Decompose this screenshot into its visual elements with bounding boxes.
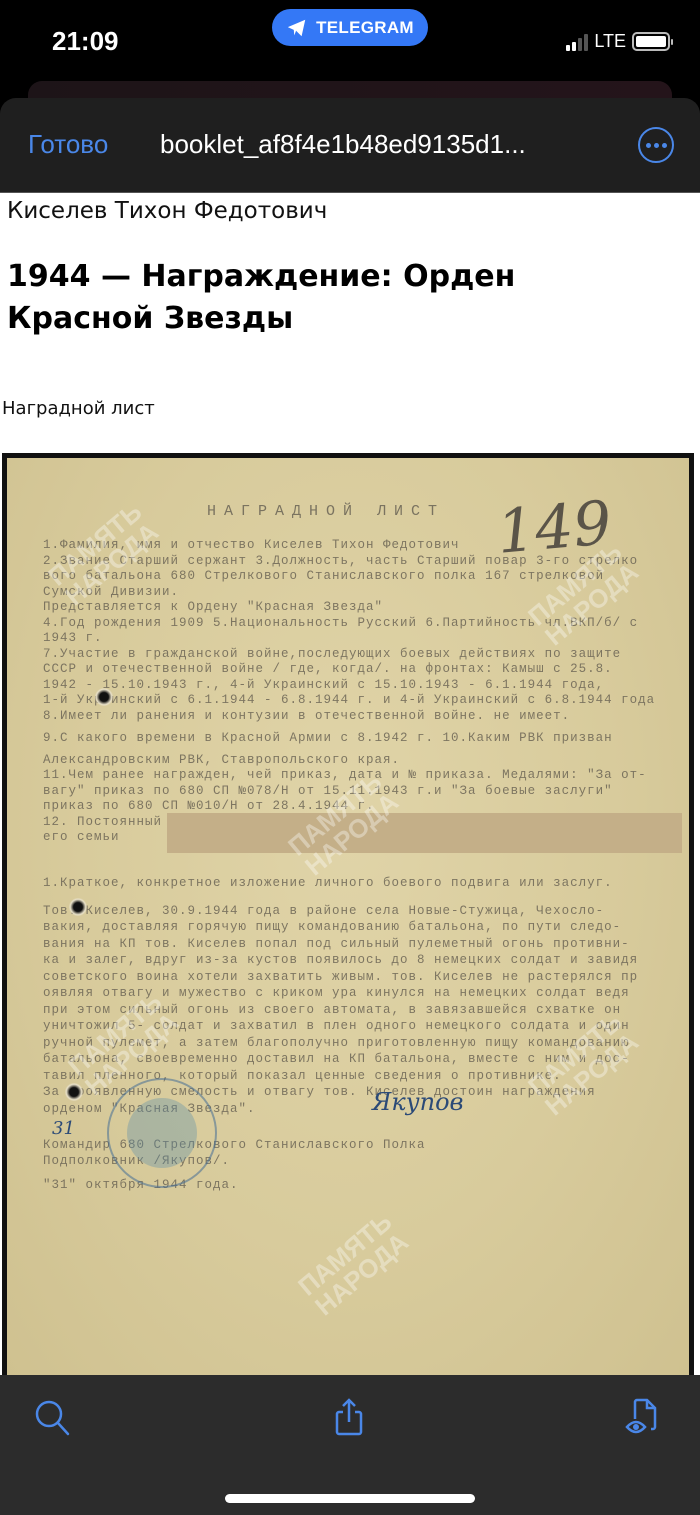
narrative-line: оявляя отвагу и мужество с криком ура ки… [43,986,630,1000]
return-app-label: TELEGRAM [316,18,414,38]
person-name: Киселев Тихон Федотович [7,198,327,224]
narrative-line: ка и залег, вдруг из-за кустов появилось… [43,953,638,967]
sheet-line: 8.Имеет ли ранения и контузии в отечеств… [43,709,570,723]
narrative-line: вакия, доставляя горячую пищу командован… [43,920,621,934]
status-bar: 21:09 TELEGRAM LTE [0,0,700,82]
sheet-line: 1942 - 15.10.1943 г., 4-й Украинский с 1… [43,678,604,692]
document-content[interactable]: Киселев Тихон Федотович 1944 — Награжден… [0,193,700,1375]
battery-icon [632,32,670,51]
preview-nav-bar: Готово booklet_af8f4e1b48ed9135d1... [0,98,700,193]
network-type: LTE [594,31,626,52]
sheet-heading: НАГРАДНОЙ ЛИСТ [207,503,445,520]
handwritten-date-day: 31 [52,1118,75,1139]
sheet-line: вагу" приказ по 680 СП №078/Н от 15.11.1… [43,784,613,798]
magnifying-glass-icon[interactable] [32,1397,72,1437]
sheet-line: Представляется к Ордену "Красная Звезда" [43,600,383,614]
document-label: Наградной лист [2,398,155,419]
telegram-plane-icon [286,17,308,39]
status-indicators: LTE [566,31,670,52]
done-button[interactable]: Готово [28,129,108,160]
commander-signature: Якупов [372,1088,464,1116]
signature-line: Командир 680 Стрелкового Станиславского … [43,1138,426,1152]
sheet-line: 1943 г. [43,631,103,645]
narrative-line: советского воина хотели захватить живым.… [43,970,638,984]
sheet-line: 11.Чем ранее награжден, чей приказ, дата… [43,768,647,782]
watermark: ПАМЯТЬНАРОДА [293,1208,413,1320]
document-eye-icon[interactable] [625,1397,665,1437]
narrative-line: вания на КП тов. Киселев попал под сильн… [43,937,630,951]
punch-hole [69,898,87,916]
narrative-line: Тов. Киселев, 30.9.1944 года в районе се… [43,904,604,918]
sheet-line: 9.С какого времени в Красной Армии с 8.1… [43,731,613,745]
sheet-line: Александровским РВК, Ставропольского кра… [43,753,400,767]
sheet-line: вого батальона 680 Стрелкового Станислав… [43,569,604,583]
award-title: 1944 — Награждение: Орден Красной Звезды [7,256,607,340]
redacted-address [167,813,682,853]
ellipsis-circle-icon[interactable] [638,127,674,163]
share-icon[interactable] [330,1397,370,1437]
sheet-line: 7.Участие в гражданской войне,последующи… [43,647,621,661]
cellular-signal-icon [566,33,588,51]
clock: 21:09 [52,26,119,57]
punch-hole [65,1083,83,1101]
return-to-telegram-button[interactable]: TELEGRAM [272,9,428,46]
section-heading: 1.Краткое, конкретное изложение личного … [43,876,613,890]
file-title: booklet_af8f4e1b48ed9135d1... [160,129,526,160]
award-sheet-paper: НАГРАДНОЙ ЛИСТ 149 1.Фамилия, имя и отче… [7,458,689,1375]
scanned-award-sheet: НАГРАДНОЙ ЛИСТ 149 1.Фамилия, имя и отче… [2,453,694,1375]
home-indicator[interactable] [225,1494,475,1503]
unit-stamp [107,1078,217,1188]
punch-hole [95,688,113,706]
sheet-line: его семьи [43,830,120,844]
bottom-toolbar [0,1375,700,1515]
sheet-line: СССР и отечественной войне / где, когда/… [43,662,613,676]
sheet-line: 1-й Украинский с 6.1.1944 - 6.8.1944 г. … [43,693,655,707]
